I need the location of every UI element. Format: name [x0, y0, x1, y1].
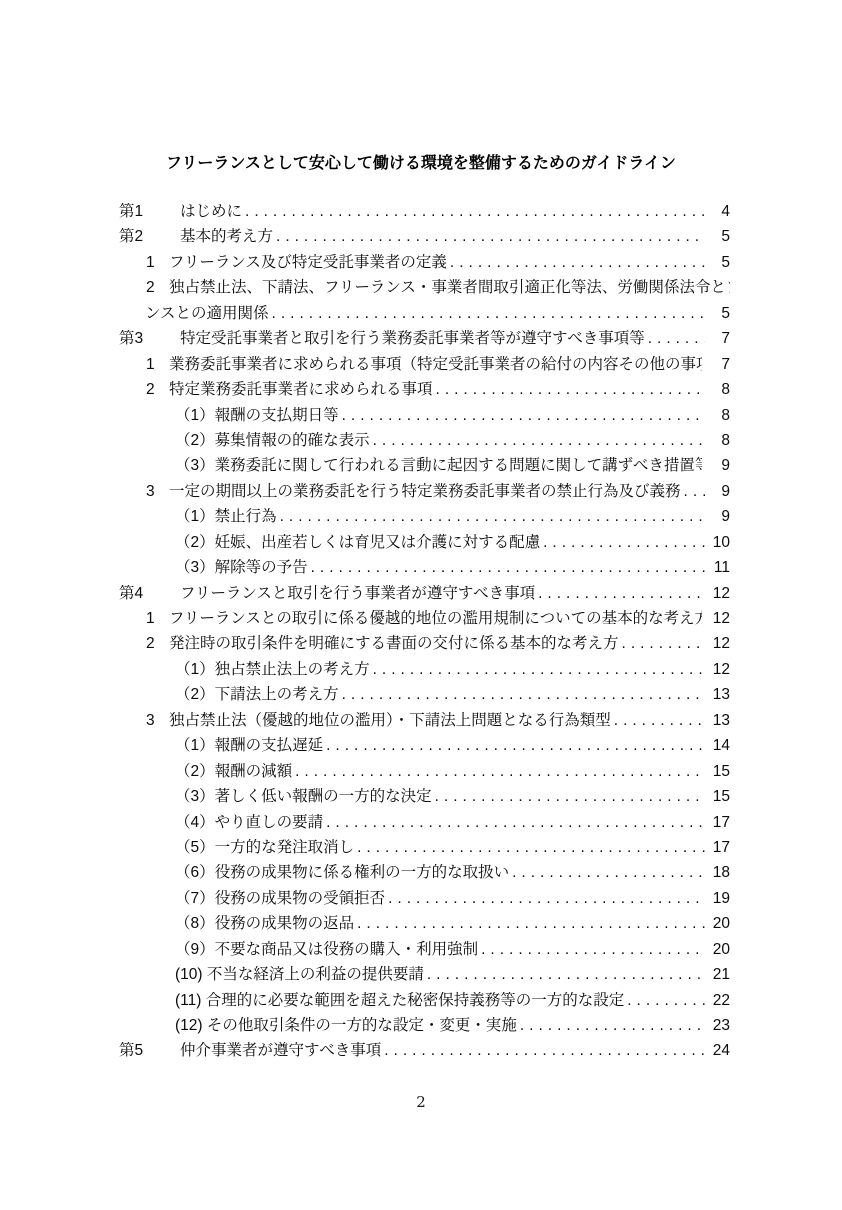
toc-entry-prefix: 3	[146, 479, 169, 504]
toc-entry: 2発注時の取引条件を明確にする書面の交付に係る基本的な考え方..........…	[119, 631, 730, 656]
toc-entry: (11) 合理的に必要な範囲を超えた秘密保持義務等の一方的な設定........…	[119, 988, 730, 1013]
toc-entry: （8）役務の成果物の返品............................…	[119, 911, 730, 936]
toc-page-number: 13	[708, 708, 730, 733]
toc-entry: （3）業務委託に関して行われる言動に起因する問題に関して講ずべき措置等.....…	[119, 453, 730, 478]
toc-entry: （1）報酬の支払遅延..............................…	[119, 733, 730, 758]
toc-dot-leader: ........................................…	[436, 377, 705, 402]
toc-dot-leader: ........................................…	[357, 911, 705, 936]
toc-page-number: 12	[708, 581, 730, 606]
toc-entry-label: (12) その他取引条件の一方的な設定・変更・実施	[175, 1013, 517, 1038]
toc-page-number: 9	[708, 453, 730, 478]
toc-page-number: 9	[708, 504, 730, 529]
toc-page-number: 23	[708, 1013, 730, 1038]
toc-page-number: 22	[708, 988, 730, 1013]
toc-dot-leader: ........................................…	[614, 708, 705, 733]
toc-dot-leader: ........................................…	[276, 224, 705, 249]
toc-entry: 2独占禁止法、下請法、フリーランス・事業者間取引適正化等法、労働関係法令とフリー…	[119, 275, 730, 300]
toc-page-number: 21	[708, 962, 730, 987]
toc-page-number: 17	[708, 835, 730, 860]
toc-entry-label: （5）一方的な発注取消し	[175, 835, 354, 860]
toc-entry-label: （3）業務委託に関して行われる言動に起因する問題に関して講ずべき措置等	[175, 453, 702, 478]
toc-page-number: 8	[708, 428, 730, 453]
toc-page-number: 7	[708, 326, 730, 351]
toc-entry-prefix: 第4	[119, 581, 180, 606]
toc-entry-label: 特定受託事業者と取引を行う業務委託事業者等が遵守すべき事項等	[180, 326, 645, 351]
toc-page-number: 12	[708, 631, 730, 656]
toc-entry: 第1はじめに..................................…	[119, 199, 730, 224]
toc-entry: 1業務委託事業者に求められる事項（特定受託事業者の給付の内容その他の事項の明示）…	[119, 352, 730, 377]
toc-page-number: 5	[708, 250, 730, 275]
toc-entry: （1）禁止行為.................................…	[119, 504, 730, 529]
toc-page-number: 15	[708, 759, 730, 784]
toc-page-number: 5	[708, 301, 730, 326]
toc-entry-label: （2）下請法上の考え方	[175, 682, 339, 707]
toc-entry-prefix: 1	[146, 250, 169, 275]
toc-entry-label: フリーランス及び特定受託事業者の定義	[169, 250, 447, 275]
toc-entry: （9）不要な商品又は役務の購入・利用強制....................…	[119, 937, 730, 962]
toc-entry-label: 業務委託事業者に求められる事項（特定受託事業者の給付の内容その他の事項の明示）	[169, 352, 702, 377]
toc-entry-label: はじめに	[180, 199, 242, 224]
document-title: フリーランスとして安心して働ける環境を整備するためのガイドライン	[0, 153, 842, 175]
toc-entry: 3一定の期間以上の業務委託を行う特定業務委託事業者の禁止行為及び義務......…	[119, 479, 730, 504]
toc-dot-leader: ........................................…	[684, 479, 705, 504]
toc-entry-label: (10) 不当な経済上の利益の提供要請	[175, 962, 424, 987]
toc-entry-prefix: 2	[146, 631, 169, 656]
toc-page-number: 5	[708, 224, 730, 249]
toc-entry: （7）役務の成果物の受領拒否..........................…	[119, 886, 730, 911]
toc-dot-leader: ........................................…	[295, 759, 705, 784]
toc-page-number: 7	[708, 352, 730, 377]
toc-page-number: 20	[708, 937, 730, 962]
toc-entry-prefix: 1	[146, 606, 169, 631]
table-of-contents: 第1はじめに..................................…	[119, 199, 730, 1064]
toc-entry-label: （8）役務の成果物の返品	[175, 911, 354, 936]
toc-dot-leader: ........................................…	[373, 428, 705, 453]
toc-dot-leader: ........................................…	[245, 199, 705, 224]
toc-entry: （5）一方的な発注取消し............................…	[119, 835, 730, 860]
toc-entry-prefix: 第5	[119, 1038, 180, 1063]
toc-dot-leader: ........................................…	[373, 657, 705, 682]
toc-page-number: 20	[708, 911, 730, 936]
toc-entry: 1フリーランス及び特定受託事業者の定義.....................…	[119, 250, 730, 275]
toc-entry: （3）著しく低い報酬の一方的な決定.......................…	[119, 784, 730, 809]
page-number: 2	[0, 1093, 842, 1111]
toc-entry: （1）報酬の支払期日等.............................…	[119, 403, 730, 428]
toc-entry: 3独占禁止法（優越的地位の濫用）・下請法上問題となる行為類型..........…	[119, 708, 730, 733]
toc-page-number: 19	[708, 886, 730, 911]
toc-page-number: 11	[708, 555, 730, 580]
toc-entry-label: （1）報酬の支払遅延	[175, 733, 323, 758]
toc-entry-prefix: 3	[146, 708, 169, 733]
toc-entry-label: （3）著しく低い報酬の一方的な決定	[175, 784, 432, 809]
toc-dot-leader: ........................................…	[512, 860, 705, 885]
toc-entry-prefix: 第1	[119, 199, 180, 224]
toc-entry: (12) その他取引条件の一方的な設定・変更・実施...............…	[119, 1013, 730, 1038]
toc-dot-leader: ........................................…	[543, 530, 705, 555]
toc-entry-prefix: 第3	[119, 326, 180, 351]
toc-entry-label: （4）やり直しの要請	[175, 810, 323, 835]
toc-entry-label: （1）独占禁止法上の考え方	[175, 657, 370, 682]
toc-page-number: 24	[708, 1038, 730, 1063]
toc-entry: （3）解除等の予告...............................…	[119, 555, 730, 580]
toc-entry-label: ンスとの適用関係	[145, 301, 269, 326]
toc-page-number: 12	[708, 657, 730, 682]
toc-dot-leader: ........................................…	[450, 250, 705, 275]
toc-dot-leader: ........................................…	[272, 301, 705, 326]
toc-entry: （4）やり直しの要請..............................…	[119, 810, 730, 835]
toc-entry: （2）妊娠、出産若しくは育児又は介護に対する配慮................…	[119, 530, 730, 555]
toc-page-number: 10	[708, 530, 730, 555]
toc-dot-leader: ........................................…	[435, 784, 705, 809]
toc-page-number: 13	[708, 682, 730, 707]
toc-entry-label: 発注時の取引条件を明確にする書面の交付に係る基本的な考え方	[169, 631, 619, 656]
toc-dot-leader: ........................................…	[342, 403, 705, 428]
toc-entry: 第2基本的考え方................................…	[119, 224, 730, 249]
toc-dot-leader: ........................................…	[622, 631, 705, 656]
toc-entry-label: （1）禁止行為	[175, 504, 277, 529]
toc-entry-label: 独占禁止法、下請法、フリーランス・事業者間取引適正化等法、労働関係法令とフリーラ	[169, 275, 730, 300]
toc-entry-label: （1）報酬の支払期日等	[175, 403, 339, 428]
toc-dot-leader: ........................................…	[648, 326, 705, 351]
toc-dot-leader: ........................................…	[311, 555, 705, 580]
toc-entry: 第3特定受託事業者と取引を行う業務委託事業者等が遵守すべき事項等........…	[119, 326, 730, 351]
toc-entry-label: （2）妊娠、出産若しくは育児又は介護に対する配慮	[175, 530, 540, 555]
toc-entry: 2特定業務委託事業者に求められる事項......................…	[119, 377, 730, 402]
toc-entry-label: 一定の期間以上の業務委託を行う特定業務委託事業者の禁止行為及び義務	[169, 479, 681, 504]
toc-page-number: 4	[708, 199, 730, 224]
toc-entry-label: （2）募集情報の的確な表示	[175, 428, 370, 453]
toc-entry: 第5仲介事業者が遵守すべき事項.........................…	[119, 1038, 730, 1063]
toc-entry-label: （7）役務の成果物の受領拒否	[175, 886, 385, 911]
toc-entry: ンスとの適用関係................................…	[119, 301, 730, 326]
toc-entry-prefix: 2	[146, 275, 169, 300]
toc-entry-label: 基本的考え方	[180, 224, 273, 249]
toc-dot-leader: ........................................…	[520, 1013, 705, 1038]
toc-page-number: 17	[708, 810, 730, 835]
toc-dot-leader: ........................................…	[427, 962, 705, 987]
toc-entry: 1フリーランスとの取引に係る優越的地位の濫用規制についての基本的な考え方....…	[119, 606, 730, 631]
toc-entry-label: （3）解除等の予告	[175, 555, 308, 580]
toc-dot-leader: ........................................…	[342, 682, 705, 707]
toc-entry-label: 独占禁止法（優越的地位の濫用）・下請法上問題となる行為類型	[169, 708, 611, 733]
toc-entry: （2）下請法上の考え方.............................…	[119, 682, 730, 707]
toc-entry: 第4フリーランスと取引を行う事業者が遵守すべき事項...............…	[119, 581, 730, 606]
toc-dot-leader: ........................................…	[481, 937, 705, 962]
toc-entry: （1）独占禁止法上の考え方...........................…	[119, 657, 730, 682]
toc-entry-label: (11) 合理的に必要な範囲を超えた秘密保持義務等の一方的な設定	[175, 988, 624, 1013]
toc-entry-prefix: 2	[146, 377, 169, 402]
document-page: フリーランスとして安心して働ける環境を整備するためのガイドライン 第1はじめに.…	[0, 0, 842, 1210]
toc-entry-label: （2）報酬の減額	[175, 759, 292, 784]
toc-page-number: 12	[708, 606, 730, 631]
toc-dot-leader: ........................................…	[357, 835, 705, 860]
toc-dot-leader: ........................................…	[280, 504, 705, 529]
toc-page-number: 9	[708, 479, 730, 504]
toc-page-number: 15	[708, 784, 730, 809]
toc-entry: (10) 不当な経済上の利益の提供要請.....................…	[119, 962, 730, 987]
toc-entry-prefix: 1	[146, 352, 169, 377]
toc-page-number: 14	[708, 733, 730, 758]
toc-dot-leader: ........................................…	[384, 1038, 705, 1063]
toc-page-number: 18	[708, 860, 730, 885]
toc-dot-leader: ........................................…	[538, 581, 705, 606]
toc-entry-prefix: 第2	[119, 224, 180, 249]
toc-entry-label: 特定業務委託事業者に求められる事項	[169, 377, 433, 402]
toc-entry-label: フリーランスとの取引に係る優越的地位の濫用規制についての基本的な考え方	[169, 606, 702, 631]
toc-entry: （2）報酬の減額................................…	[119, 759, 730, 784]
toc-entry-label: （9）不要な商品又は役務の購入・利用強制	[175, 937, 478, 962]
toc-entry-label: 仲介事業者が遵守すべき事項	[180, 1038, 381, 1063]
toc-entry: （6）役務の成果物に係る権利の一方的な取扱い..................…	[119, 860, 730, 885]
toc-dot-leader: ........................................…	[627, 988, 705, 1013]
toc-page-number: 8	[708, 377, 730, 402]
toc-page-number: 8	[708, 403, 730, 428]
toc-entry: （2）募集情報の的確な表示...........................…	[119, 428, 730, 453]
toc-dot-leader: ........................................…	[388, 886, 705, 911]
toc-dot-leader: ........................................…	[326, 810, 705, 835]
toc-entry-label: （6）役務の成果物に係る権利の一方的な取扱い	[175, 860, 509, 885]
toc-dot-leader: ........................................…	[326, 733, 705, 758]
toc-entry-label: フリーランスと取引を行う事業者が遵守すべき事項	[180, 581, 535, 606]
